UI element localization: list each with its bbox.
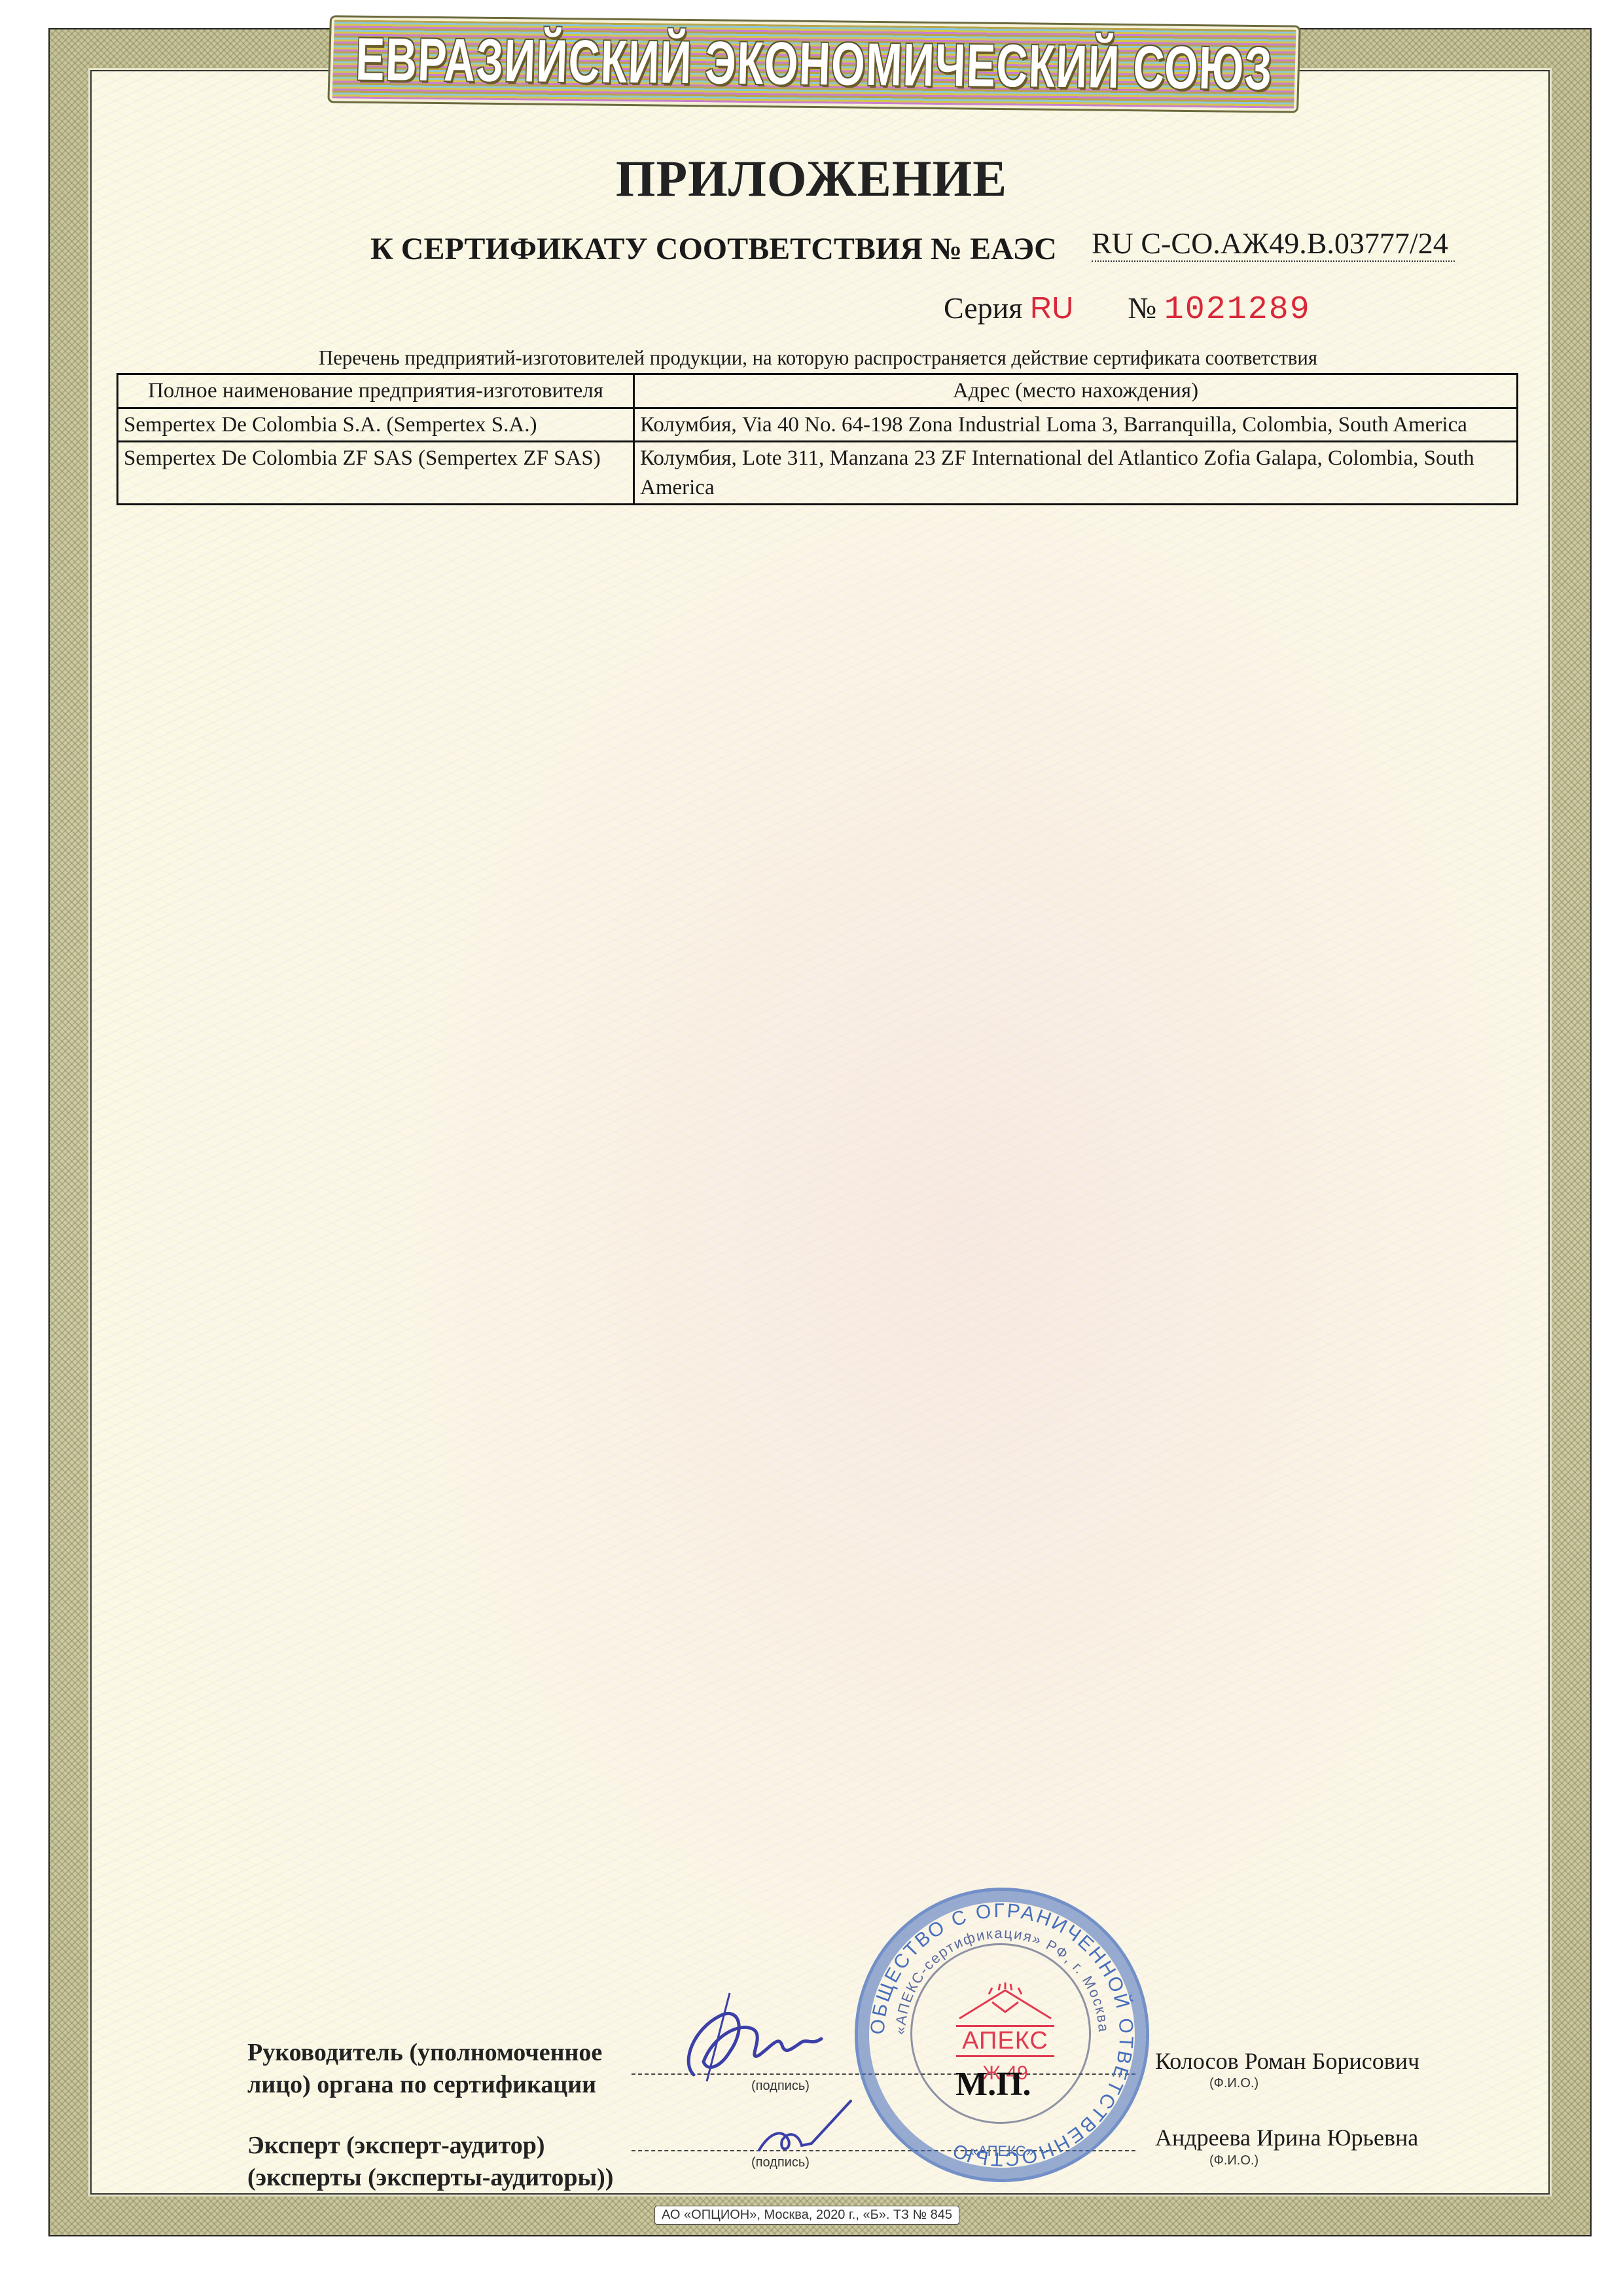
- head-label-line1: Руководитель (уполномоченное: [247, 2037, 602, 2069]
- manufacturer-address: Колумбия, Lote 311, Manzana 23 ZF Intern…: [634, 442, 1518, 505]
- banner-text: ЕВРАЗИЙСКИЙ ЭКОНОМИЧЕСКИЙ СОЮЗ: [355, 25, 1274, 103]
- header-banner: ЕВРАЗИЙСКИЙ ЭКОНОМИЧЕСКИЙ СОЮЗ: [329, 17, 1298, 111]
- manufacturers-table: Полное наименование предприятия-изготови…: [116, 373, 1518, 505]
- head-label-line2: лицо) органа по сертификации: [247, 2069, 602, 2101]
- expert-label-line2: (эксперты (эксперты-аудиторы)): [247, 2162, 613, 2194]
- svg-text:«АПЕКС»: «АПЕКС»: [970, 2143, 1034, 2159]
- column-header-address: Адрес (место нахождения): [634, 374, 1518, 408]
- manufacturers-caption: Перечень предприятий-изготовителей проду…: [146, 346, 1490, 370]
- expert-label-line1: Эксперт (эксперт-аудитор): [247, 2130, 613, 2162]
- head-signature-icon: [668, 1990, 838, 2088]
- form-number: 1021289: [1164, 291, 1311, 329]
- manufacturer-address: Колумбия, Via 40 No. 64-198 Zona Industr…: [634, 408, 1518, 442]
- head-fio-caption: (Ф.И.О.): [1209, 2076, 1258, 2091]
- head-label: Руководитель (уполномоченное лицо) орган…: [247, 2037, 602, 2100]
- seal-stamp: ОБЩЕСТВО С ОГРАНИЧЕННОЙ ОТВЕТСТВЕННОСТЬЮ…: [855, 1888, 1149, 2182]
- series-label: Серия: [944, 291, 1022, 325]
- column-header-name: Полное наименование предприятия-изготови…: [118, 374, 634, 408]
- table-header-row: Полное наименование предприятия-изготови…: [118, 374, 1518, 408]
- expert-fio-caption: (Ф.И.О.): [1209, 2153, 1258, 2168]
- mountain-sun-icon: [956, 1982, 1054, 2022]
- manufacturer-name: Sempertex De Colombia ZF SAS (Sempertex …: [118, 442, 634, 505]
- seal-mark: М.П.: [955, 2065, 1031, 2104]
- certificate-label: К СЕРТИФИКАТУ СООТВЕТСТВИЯ № ЕАЭС: [370, 231, 1057, 267]
- printer-imprint: АО «ОПЦИОН», Москва, 2020 г., «Б». ТЗ № …: [654, 2206, 959, 2225]
- head-name: Колосов Роман Борисович: [1155, 2047, 1419, 2075]
- certificate-number: RU C-CO.АЖ49.В.03777/24: [1092, 226, 1455, 262]
- series-value: RU: [1030, 291, 1073, 325]
- stamp-logo-text: АПЕКС: [956, 2025, 1054, 2057]
- page-title: ПРИЛОЖЕНИЕ: [0, 149, 1623, 208]
- table-row: Sempertex De Colombia S.A. (Sempertex S.…: [118, 408, 1518, 442]
- expert-name: Андреева Ирина Юрьевна: [1155, 2124, 1418, 2151]
- table-row: Sempertex De Colombia ZF SAS (Sempertex …: [118, 442, 1518, 505]
- number-label: №: [1128, 291, 1156, 325]
- manufacturer-name: Sempertex De Colombia S.A. (Sempertex S.…: [118, 408, 634, 442]
- series-row: Серия RU № 1021289: [944, 290, 1311, 329]
- expert-label: Эксперт (эксперт-аудитор) (эксперты (экс…: [247, 2130, 613, 2193]
- expert-signature-icon: [753, 2094, 857, 2160]
